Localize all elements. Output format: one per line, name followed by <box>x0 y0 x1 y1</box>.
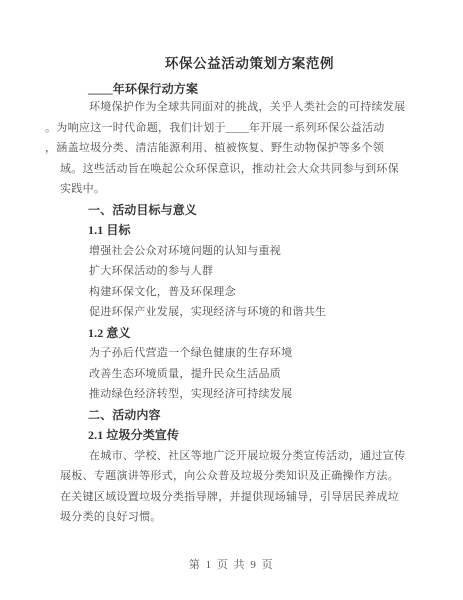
text-line: 增强社会公众对环境问题的认知与重视 <box>60 241 410 262</box>
text-line: 改善生态环境质量，提升民众生活品质 <box>60 364 410 385</box>
text-line: 域。这些活动旨在唤起公众环保意识，推动社会大众共同参与到环保 <box>60 159 410 180</box>
document-page: 环保公益活动策划方案范例 ____年环保行动方案 环境保护作为全球共同面对的挑战… <box>0 0 463 600</box>
text-line: 1.2 意义 <box>60 323 410 344</box>
document-body: 环境保护作为全球共同面对的挑战，关乎人类社会的可持续发展。为响应这一时代命题，我… <box>60 97 410 528</box>
text-line: 实践中。 <box>60 179 410 200</box>
page-footer: 第 1 页 共 9 页 <box>0 556 463 572</box>
text-line: 。为响应这一时代命题，我们计划于____年开展一系列环保公益活动 <box>45 118 410 139</box>
text-line: 展板、专题演讲等形式，向公众普及垃圾分类知识及正确操作方法。 <box>60 466 410 487</box>
text-line: 圾分类的良好习惯。 <box>60 507 410 528</box>
text-line: 2.1 垃圾分类宣传 <box>60 425 410 446</box>
text-line: 一、活动目标与意义 <box>60 200 410 221</box>
text-line: 推动绿色经济转型，实现经济可持续发展 <box>60 384 410 405</box>
text-line: 促进环保产业发展，实现经济与环境的和谐共生 <box>60 302 410 323</box>
document-title: 环保公益活动策划方案范例 <box>0 52 463 72</box>
text-line: 构建环保文化，普及环保理念 <box>60 282 410 303</box>
text-line: 1.1 目标 <box>60 220 410 241</box>
text-line: 环境保护作为全球共同面对的挑战，关乎人类社会的可持续发展 <box>60 97 410 118</box>
text-line: 在城市、学校、社区等地广泛开展垃圾分类宣传活动，通过宣传 <box>60 446 410 467</box>
text-line: ，涵盖垃圾分类、清洁能源利用、植被恢复、野生动物保护等多个领 <box>45 138 410 159</box>
text-line: 二、活动内容 <box>60 405 410 426</box>
text-line: 为子孙后代营造一个绿色健康的生存环境 <box>60 343 410 364</box>
text-line: 在关键区域设置垃圾分类指导牌，并提供现场辅导，引导居民养成垃 <box>60 487 410 508</box>
document-subtitle: ____年环保行动方案 <box>88 80 198 97</box>
text-line: 扩大环保活动的参与人群 <box>60 261 410 282</box>
